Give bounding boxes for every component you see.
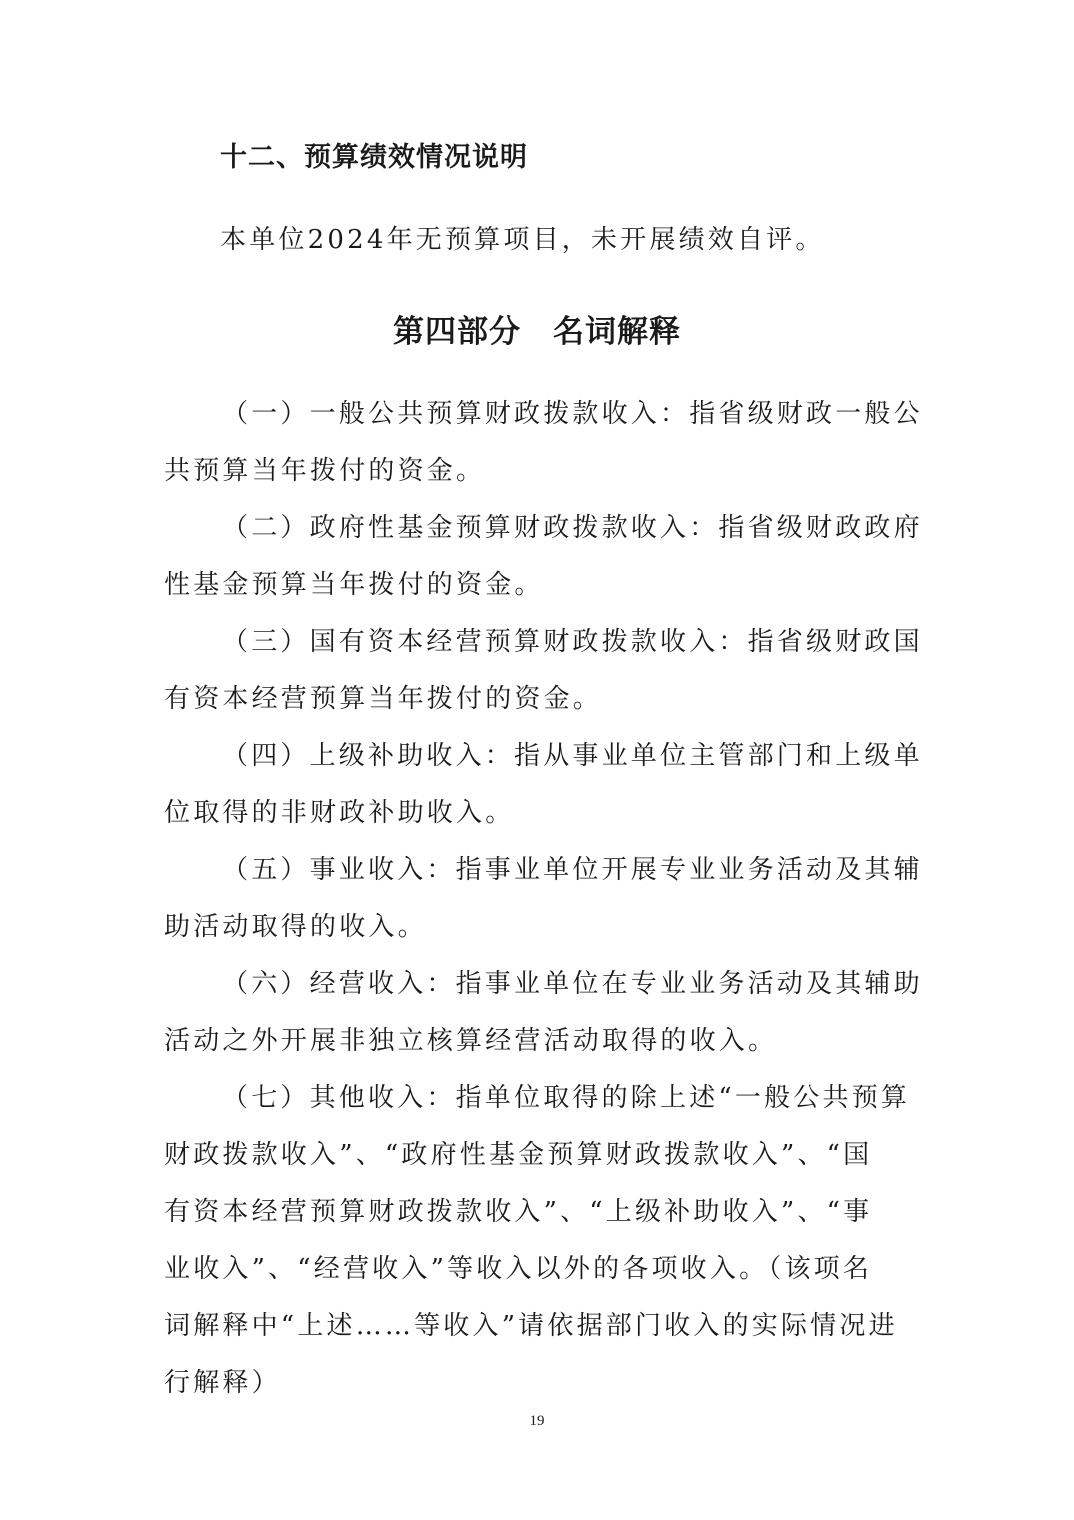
definition-line: （一）一般公共预算财政拨款收入：指省级财政一般公 [222, 398, 923, 430]
definition-line: 有资本经营预算当年拨付的资金。 [164, 683, 602, 715]
definition-line: 性基金预算当年拨付的资金。 [164, 569, 544, 601]
definition-line: 助活动取得的收入。 [164, 911, 427, 943]
definition-line: 业收入”、“经营收入”等收入以外的各项收入。（该项名 [164, 1253, 872, 1285]
document-page: 十二、预算绩效情况说明 本单位2024年无预算项目，未开展绩效自评。 第四部分 … [0, 0, 1074, 1520]
page-number: 19 [0, 1412, 1074, 1430]
definition-line: （二）政府性基金预算财政拨款收入：指省级财政政府 [222, 512, 923, 544]
definition-line: （六）经营收入：指事业单位在专业业务活动及其辅助 [222, 968, 923, 1000]
definition-line: 行解释） [164, 1367, 281, 1399]
definition-line: 活动之外开展非独立核算经营活动取得的收入。 [164, 1025, 777, 1057]
definition-line: （七）其他收入：指单位取得的除上述“一般公共预算 [222, 1082, 910, 1114]
part-title-glossary: 第四部分 名词解释 [0, 312, 1074, 352]
definition-line: 位取得的非财政补助收入。 [164, 797, 514, 829]
definition-line: （五）事业收入：指事业单位开展专业业务活动及其辅 [222, 854, 923, 886]
definition-line: 有资本经营预算财政拨款收入”、“上级补助收入”、“事 [164, 1196, 872, 1228]
definition-line: 财政拨款收入”、“政府性基金预算财政拨款收入”、“国 [164, 1139, 872, 1171]
definition-line: （三）国有资本经营预算财政拨款收入：指省级财政国 [222, 626, 923, 658]
performance-statement: 本单位2024年无预算项目，未开展绩效自评。 [220, 224, 825, 256]
section-heading-performance: 十二、预算绩效情况说明 [220, 140, 528, 176]
definition-line: 词解释中“上述……等收入”请依据部门收入的实际情况进 [164, 1310, 898, 1342]
definition-line: 共预算当年拨付的资金。 [164, 455, 485, 487]
definition-line: （四）上级补助收入：指从事业单位主管部门和上级单 [222, 740, 923, 772]
